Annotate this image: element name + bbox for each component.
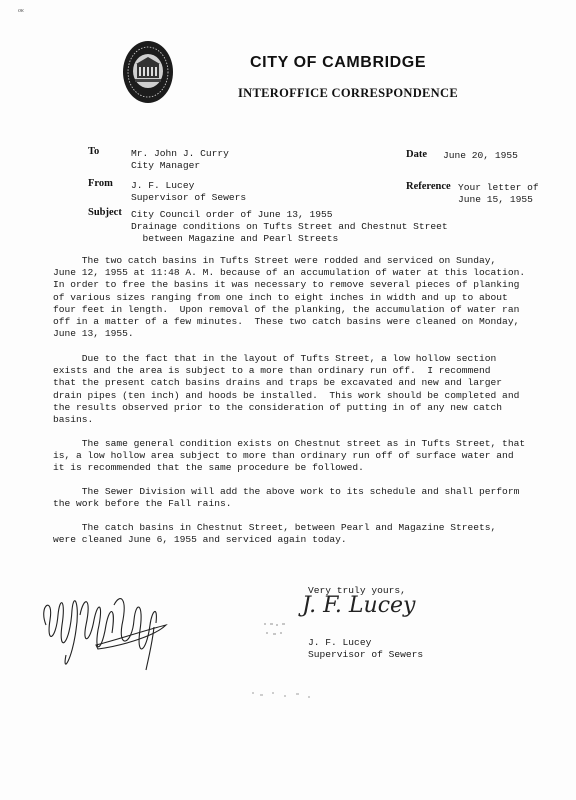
subject-line-3: between Magazine and Pearl Streets (131, 233, 338, 245)
body-paragraph-2: Due to the fact that in the layout of Tu… (53, 353, 528, 426)
text-line: The catch basins in Chestnut Street, bet… (53, 522, 528, 534)
text-line: the work before the Fall rains. (53, 498, 528, 510)
from-title: Supervisor of Sewers (131, 192, 246, 204)
text-line: is, a low hollow area subject to more th… (53, 450, 528, 462)
reference-label: Reference (406, 181, 451, 192)
text-line: June 13, 1955. (53, 328, 528, 340)
faded-stamp (262, 620, 302, 640)
date-label: Date (406, 149, 427, 160)
handwritten-signature: J. F. Lucey (302, 593, 415, 618)
date-value: June 20, 1955 (443, 150, 518, 162)
to-title: City Manager (131, 160, 200, 172)
approval-signature: OK Ralph J. Mulhern (36, 585, 171, 675)
text-line: exists and the area is subject to a more… (53, 365, 528, 377)
text-line: In order to free the basins it was neces… (53, 279, 528, 291)
text-line: that the present catch basins drains and… (53, 377, 528, 389)
subject-line-1: City Council order of June 13, 1955 (131, 209, 333, 221)
to-name: Mr. John J. Curry (131, 148, 229, 160)
reference-line-1: Your letter of (458, 182, 539, 194)
to-label: To (88, 146, 99, 157)
text-line: were cleaned June 6, 1955 and serviced a… (53, 534, 528, 546)
letterhead-title: CITY OF CAMBRIDGE (250, 54, 426, 72)
faded-stamp (250, 688, 330, 704)
reference-line-2: June 15, 1955 (458, 194, 533, 206)
subject-line-2: Drainage conditions on Tufts Street and … (131, 221, 448, 233)
margin-note: ок (18, 8, 24, 14)
text-line: of various sizes ranging from one inch t… (53, 292, 528, 304)
text-line: off in a matter of a few minutes. These … (53, 316, 528, 328)
text-line: basins. (53, 414, 528, 426)
body-paragraph-4: The Sewer Division will add the above wo… (53, 486, 528, 510)
body-paragraph-5: The catch basins in Chestnut Street, bet… (53, 522, 528, 546)
city-seal-icon (122, 40, 174, 104)
body-paragraph-1: The two catch basins in Tufts Street wer… (53, 255, 528, 340)
text-line: Due to the fact that in the layout of Tu… (53, 353, 528, 365)
from-name: J. F. Lucey (131, 180, 194, 192)
text-line: the results observed prior to the consid… (53, 402, 528, 414)
subject-label: Subject (88, 207, 122, 218)
text-line: The two catch basins in Tufts Street wer… (53, 255, 528, 267)
body-paragraph-3: The same general condition exists on Che… (53, 438, 528, 475)
text-line: drain pipes (ten inch) and hoods be inst… (53, 390, 528, 402)
signer-name: J. F. Lucey (308, 637, 371, 649)
text-line: it is recommended that the same procedur… (53, 462, 528, 474)
text-line: The Sewer Division will add the above wo… (53, 486, 528, 498)
letterhead-subtitle: INTEROFFICE CORRESPONDENCE (238, 86, 458, 101)
signer-title: Supervisor of Sewers (308, 649, 423, 661)
text-line: The same general condition exists on Che… (53, 438, 528, 450)
from-label: From (88, 178, 113, 189)
text-line: June 12, 1955 at 11:48 A. M. because of … (53, 267, 528, 279)
text-line: four feet in length. Upon removal of the… (53, 304, 528, 316)
